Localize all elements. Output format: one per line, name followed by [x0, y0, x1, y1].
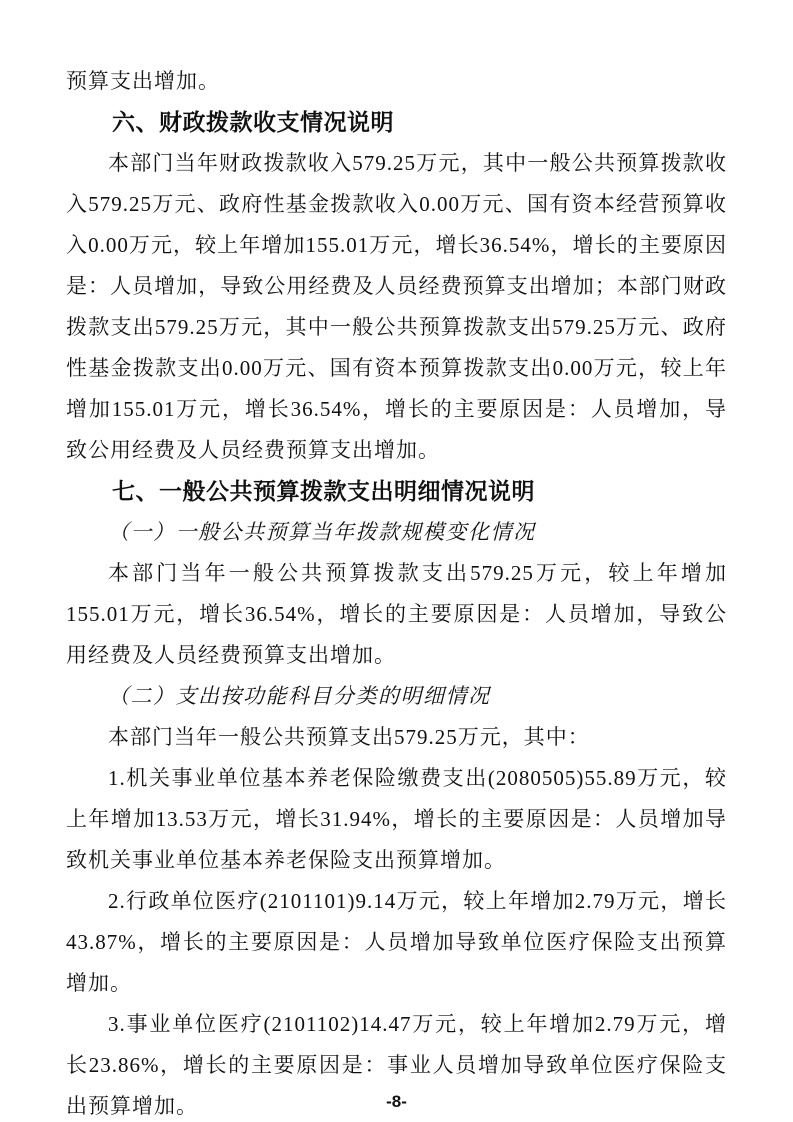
subsection-one-paragraph: 本部门当年一般公共预算拨款支出579.25万元，较上年增加155.01万元，增长… [66, 553, 727, 676]
paragraph-continuation: 预算支出增加。 [66, 61, 727, 102]
subsection-two-intro-paragraph: 本部门当年一般公共预算支出579.25万元，其中： [66, 717, 727, 758]
section-heading-seven: 七、一般公共预算拨款支出明细情况说明 [66, 471, 727, 512]
subsection-heading-two: （二）支出按功能科目分类的明细情况 [66, 676, 727, 717]
section-six-paragraph: 本部门当年财政拨款收入579.25万元，其中一般公共预算拨款收入579.25万元… [66, 143, 727, 471]
expense-item-1-paragraph: 1.机关事业单位基本养老保险缴费支出(2080505)55.89万元，较上年增加… [66, 758, 727, 881]
document-page: 预算支出增加。 六、财政拨款收支情况说明 本部门当年财政拨款收入579.25万元… [0, 0, 793, 1122]
expense-item-2-paragraph: 2.行政单位医疗(2101101)9.14万元，较上年增加2.79万元，增长43… [66, 881, 727, 1004]
subsection-heading-one: （一）一般公共预算当年拨款规模变化情况 [66, 512, 727, 553]
page-number: -8- [0, 1092, 793, 1112]
section-heading-six: 六、财政拨款收支情况说明 [66, 102, 727, 143]
document-content: 预算支出增加。 六、财政拨款收支情况说明 本部门当年财政拨款收入579.25万元… [66, 61, 727, 1122]
